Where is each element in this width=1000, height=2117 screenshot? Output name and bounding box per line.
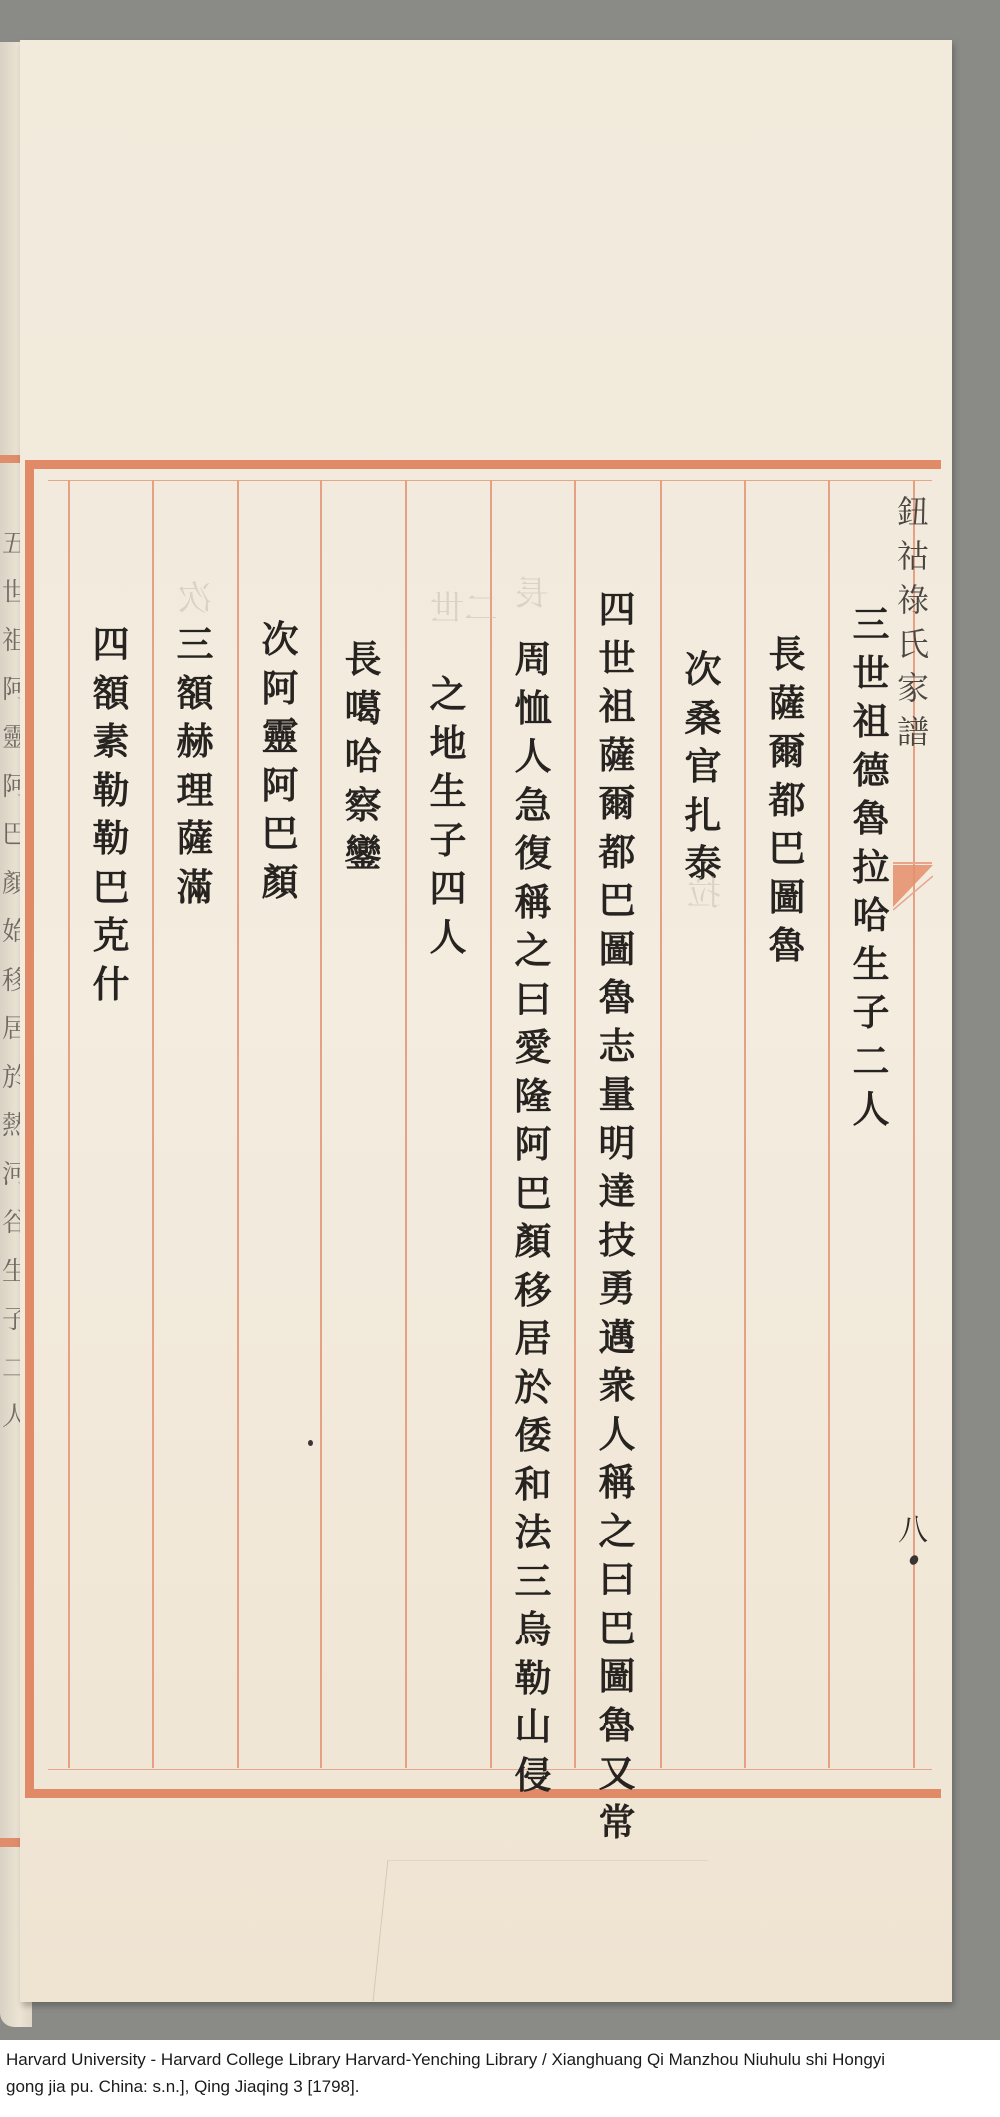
text-column-10: 四額素勒勒巴克什 — [69, 620, 153, 1008]
character: 次 — [685, 645, 722, 694]
character: 噶 — [345, 684, 382, 733]
character: 顏 — [515, 1217, 552, 1266]
character: 圖 — [599, 1652, 636, 1701]
character: 滿 — [177, 863, 214, 912]
character: 隆 — [515, 1072, 552, 1121]
character: 人 — [599, 1410, 636, 1459]
character: 額 — [93, 669, 130, 718]
character: 周 — [515, 635, 552, 684]
character: 志 — [599, 1022, 636, 1071]
character: 和 — [515, 1460, 552, 1509]
character: 爾 — [599, 779, 636, 828]
character: 急 — [515, 781, 552, 830]
character: 山 — [515, 1702, 552, 1751]
character: 世 — [599, 634, 636, 683]
text-column-9: 三額赫理薩滿 — [153, 620, 237, 911]
bleed-through-text: 長 — [515, 570, 549, 618]
character: 達 — [599, 1167, 636, 1216]
character: 人 — [853, 1085, 890, 1134]
caption-line-2: gong jia pu. China: s.n.], Qing Jiaqing … — [6, 2073, 996, 2100]
character: 巴 — [262, 809, 299, 858]
character: 魯 — [853, 794, 890, 843]
character: 世 — [853, 649, 890, 698]
character: 勒 — [93, 814, 130, 863]
scanned-book-image: 五世祖阿靈阿巴顏始移居於熱河谷生子二人 鈕祜祿氏家譜 八 三世祖德魯拉哈生子二人… — [0, 0, 1000, 2040]
character: 阿 — [515, 1120, 552, 1169]
character: 四 — [93, 620, 130, 669]
character: 巴 — [599, 876, 636, 925]
text-column-3: 次桑官扎泰 — [661, 645, 745, 888]
character: 稱 — [599, 1458, 636, 1507]
text-column-5: 周恤人急復稱之曰愛隆阿巴顏移居於倭和法三烏勒山侵 — [491, 635, 575, 1799]
character: 勒 — [515, 1654, 552, 1703]
character: 桑 — [685, 694, 722, 743]
character: 之 — [599, 1507, 636, 1556]
caption-line-1: Harvard University - Harvard College Lib… — [6, 2046, 996, 2073]
image-caption: Harvard University - Harvard College Lib… — [6, 2046, 996, 2100]
character: 長 — [769, 630, 806, 679]
character: 四 — [599, 585, 636, 634]
bleed-through-text: 拉 — [687, 870, 721, 918]
character: 生 — [853, 940, 890, 989]
character: 哈 — [345, 732, 382, 781]
character: 巴 — [769, 824, 806, 873]
character: 素 — [93, 717, 130, 766]
previous-page-border-top — [0, 455, 22, 463]
character: 察 — [345, 781, 382, 830]
text-column-4: 四世祖薩爾都巴圖魯志量明達技勇邁衆人稱之曰巴圖魯又常 — [575, 585, 659, 1846]
character: 法 — [515, 1508, 552, 1557]
ink-speck — [308, 1440, 313, 1446]
character: 扎 — [685, 791, 722, 840]
character: 魯 — [599, 1701, 636, 1750]
bleed-through-text: 二世 — [430, 585, 498, 633]
page-number: 八 — [893, 1505, 933, 1549]
title-character: 鈕 — [897, 490, 929, 534]
bleed-through-text: 次 — [178, 575, 212, 623]
character: 赫 — [177, 717, 214, 766]
character: 明 — [599, 1119, 636, 1168]
character: 倭 — [515, 1411, 552, 1460]
character: 曰 — [515, 975, 552, 1024]
character: 祖 — [599, 682, 636, 731]
character: 長 — [345, 635, 382, 684]
character: 次 — [262, 615, 299, 664]
character: 鑾 — [345, 829, 382, 878]
character: 阿 — [262, 664, 299, 713]
paper-crease — [373, 1860, 709, 2001]
character: 什 — [93, 960, 130, 1009]
character: 圖 — [769, 873, 806, 922]
character: 三 — [853, 600, 890, 649]
character: 薩 — [769, 679, 806, 728]
character: 恤 — [515, 684, 552, 733]
character: 人 — [515, 732, 552, 781]
character: 又 — [599, 1749, 636, 1798]
character: 圖 — [599, 925, 636, 974]
text-column-6: 之地生子四人 — [406, 670, 490, 961]
text-column-8: 次阿靈阿巴顏 — [238, 615, 322, 906]
character: 之 — [515, 926, 552, 975]
character: 額 — [177, 669, 214, 718]
character: 人 — [430, 913, 467, 962]
character: 三 — [177, 620, 214, 669]
title-character: 祜 — [897, 534, 929, 578]
character: 薩 — [177, 814, 214, 863]
character: 巴 — [599, 1604, 636, 1653]
character: 生 — [430, 767, 467, 816]
character: 魯 — [599, 973, 636, 1022]
character: 之 — [430, 670, 467, 719]
character: 技 — [599, 1216, 636, 1265]
character: 烏 — [515, 1605, 552, 1654]
character: 於 — [515, 1363, 552, 1412]
character: 顏 — [262, 858, 299, 907]
text-column-2: 長薩爾都巴圖魯 — [745, 630, 829, 970]
character: 子 — [430, 816, 467, 865]
character: 三 — [515, 1557, 552, 1606]
character: 勒 — [93, 766, 130, 815]
character: 復 — [515, 829, 552, 878]
character: 巴 — [515, 1169, 552, 1218]
character: 阿 — [262, 761, 299, 810]
character: 侵 — [515, 1751, 552, 1800]
character: 愛 — [515, 1023, 552, 1072]
character: 四 — [430, 864, 467, 913]
character: 魯 — [769, 921, 806, 970]
character: 德 — [853, 746, 890, 795]
character: 移 — [515, 1266, 552, 1315]
character: 拉 — [853, 843, 890, 892]
character: 爾 — [769, 727, 806, 776]
character: 稱 — [515, 878, 552, 927]
character: 子 — [853, 988, 890, 1037]
character: 居 — [515, 1314, 552, 1363]
character: 官 — [685, 742, 722, 791]
text-column-1: 三世祖德魯拉哈生子二人 — [829, 600, 913, 1134]
character: 都 — [769, 776, 806, 825]
character: 祖 — [853, 697, 890, 746]
character: 克 — [93, 911, 130, 960]
character: 邁 — [599, 1313, 636, 1362]
character: 靈 — [262, 712, 299, 761]
character: 哈 — [853, 891, 890, 940]
character: 二 — [853, 1037, 890, 1086]
character: 巴 — [93, 863, 130, 912]
character: 常 — [599, 1798, 636, 1847]
character: 地 — [430, 719, 467, 768]
character: 薩 — [599, 731, 636, 780]
character: 勇 — [599, 1264, 636, 1313]
character: 曰 — [599, 1555, 636, 1604]
character: 都 — [599, 828, 636, 877]
character: 量 — [599, 1070, 636, 1119]
character: 衆 — [599, 1361, 636, 1410]
text-column-7: 長噶哈察鑾 — [321, 635, 405, 878]
character: 理 — [177, 766, 214, 815]
